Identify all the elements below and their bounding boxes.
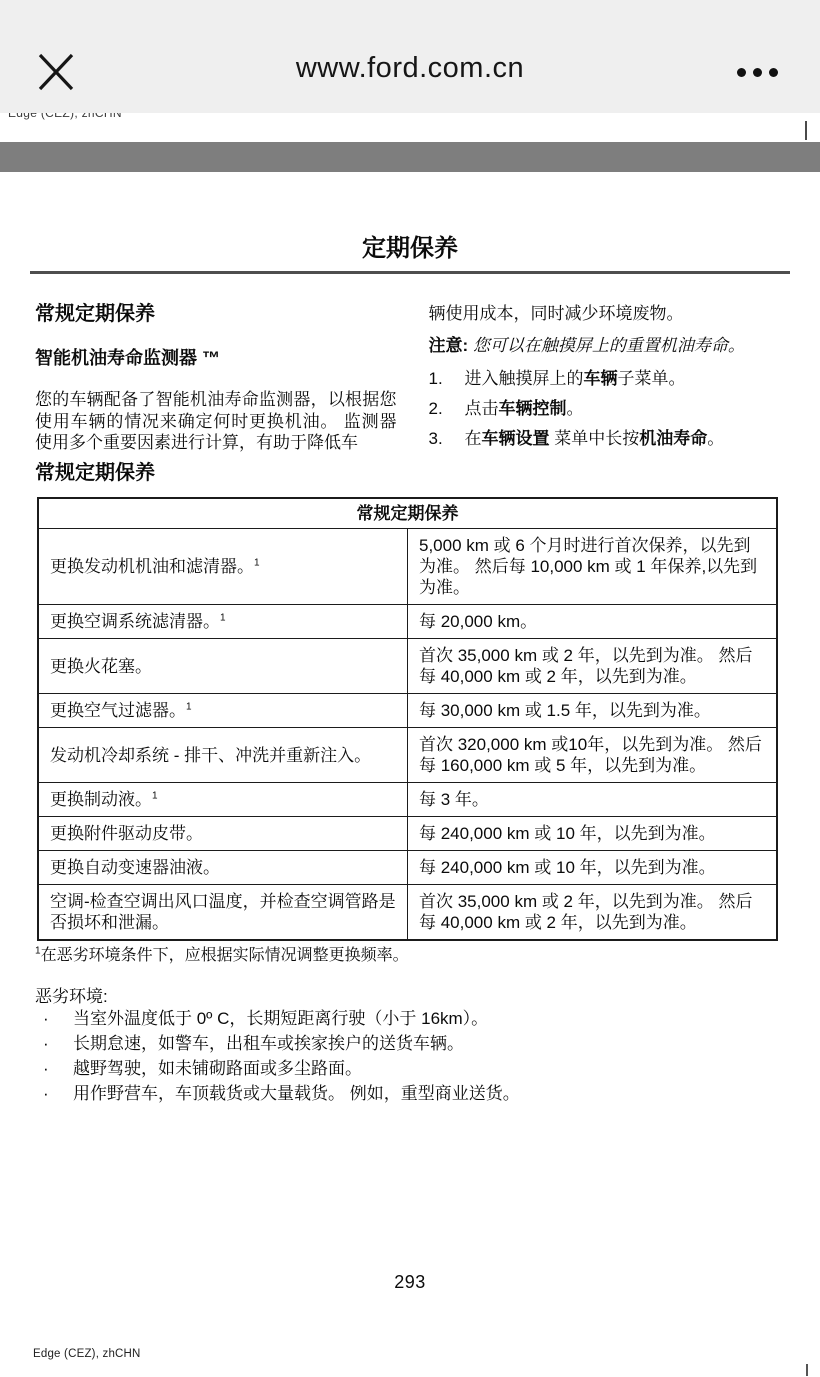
bullet-text: 用作野营车，车顶载货或大量载货。 例如，重型商业送货。: [73, 1083, 520, 1104]
step-number: 1.: [429, 368, 465, 389]
table-row: 更换自动变速器油液。 每 240,000 km 或 10 年，以先到为准。: [38, 851, 777, 885]
table-header: 常规定期保养: [38, 498, 777, 529]
harsh-conditions-heading: 恶劣环境:: [35, 982, 108, 1007]
maintenance-item-cell: 发动机冷却系统 - 排干、冲洗并重新注入。: [38, 728, 408, 783]
interval-cell: 首次 35,000 km 或 2 年，以先到为准。 然后每 40,000 km …: [408, 639, 778, 694]
interval-cell: 每 20,000 km。: [408, 605, 778, 639]
intro-paragraph-continuation: 辆使用成本，同时减少环境废物。: [429, 303, 791, 325]
list-item: · 用作野营车，车顶载货或大量载货。 例如，重型商业送货。: [35, 1083, 790, 1104]
bullet-icon: ·: [35, 1033, 73, 1054]
list-item: 2. 点击车辆控制。: [429, 398, 791, 419]
interval-cell: 每 240,000 km 或 10 年，以先到为准。: [408, 851, 778, 885]
document-footer: Edge (CEZ), zhCHN: [33, 1348, 141, 1360]
maintenance-schedule-table: 常规定期保养 更换发动机机油和滤清器。1 5,000 km 或 6 个月时进行首…: [37, 497, 778, 941]
harsh-conditions-list: · 当室外温度低于 0º C，长期短距离行驶（小于 16km）。 · 长期怠速，…: [35, 1008, 790, 1108]
interval-cell: 每 3 年。: [408, 783, 778, 817]
table-row: 更换火花塞。 首次 35,000 km 或 2 年，以先到为准。 然后每 40,…: [38, 639, 777, 694]
list-item: · 长期怠速，如警车，出租车或挨家挨户的送货车辆。: [35, 1033, 790, 1054]
note-text: 您可以在触摸屏上的重置机油寿命。: [473, 336, 745, 355]
more-menu-icon[interactable]: [737, 68, 778, 77]
bullet-text: 越野驾驶，如未铺砌路面或多尘路面。: [73, 1058, 362, 1079]
url-bar[interactable]: www.ford.com.cn: [0, 52, 820, 85]
menu-dot: [769, 68, 778, 77]
table-row: 更换发动机机油和滤清器。1 5,000 km 或 6 个月时进行首次保养，以先到…: [38, 529, 777, 605]
bullet-icon: ·: [35, 1058, 73, 1079]
bullet-icon: ·: [35, 1008, 73, 1029]
step-text: 进入触摸屏上的车辆子菜单。: [465, 368, 686, 389]
scrollbar-thumb-top[interactable]: [805, 121, 807, 140]
browser-header: www.ford.com.cn: [0, 0, 820, 113]
maintenance-item-cell: 空调-检查空调出风口温度，并检查空调管路是否损坏和泄漏。: [38, 885, 408, 941]
maintenance-item-cell: 更换火花塞。: [38, 639, 408, 694]
title-divider: [30, 271, 790, 274]
table-row: 空调-检查空调出风口温度，并检查空调管路是否损坏和泄漏。 首次 35,000 k…: [38, 885, 777, 941]
maintenance-item-cell: 更换空气过滤器。1: [38, 694, 408, 728]
bullet-icon: ·: [35, 1083, 73, 1104]
step-text: 在车辆设置 菜单中长按机油寿命。: [465, 428, 725, 449]
list-item: 3. 在车辆设置 菜单中长按机油寿命。: [429, 428, 791, 449]
scrollbar-thumb-bottom[interactable]: [806, 1364, 808, 1376]
menu-dot: [753, 68, 762, 77]
bullet-text: 长期怠速，如警车，出租车或挨家挨户的送货车辆。: [73, 1033, 464, 1054]
table-row: 更换空气过滤器。1 每 30,000 km 或 1.5 年，以先到为准。: [38, 694, 777, 728]
maintenance-item-cell: 更换空调系统滤清器。1: [38, 605, 408, 639]
right-column: 辆使用成本，同时减少环境废物。 注意: 您可以在触摸屏上的重置机油寿命。 1. …: [429, 303, 791, 458]
note-line: 注意: 您可以在触摸屏上的重置机油寿命。: [429, 335, 791, 356]
maintenance-item-cell: 更换自动变速器油液。: [38, 851, 408, 885]
table-row: 更换制动液。1 每 3 年。: [38, 783, 777, 817]
table-row: 更换空调系统滤清器。1 每 20,000 km。: [38, 605, 777, 639]
table-row: 发动机冷却系统 - 排干、冲洗并重新注入。 首次 320,000 km 或10年…: [38, 728, 777, 783]
maintenance-item-cell: 更换制动液。1: [38, 783, 408, 817]
table-row: 更换附件驱动皮带。 每 240,000 km 或 10 年，以先到为准。: [38, 817, 777, 851]
step-text: 点击车辆控制。: [465, 398, 584, 419]
list-item: 1. 进入触摸屏上的车辆子菜单。: [429, 368, 791, 389]
table-header-row: 常规定期保养: [38, 498, 777, 529]
note-label: 注意:: [429, 336, 469, 355]
two-column-section: 常规定期保养 智能机油寿命监测器 ™ 您的车辆配备了智能机油寿命监测器，以根据您…: [35, 303, 790, 458]
table-footnote: 1在恶劣环境条件下，应根据实际情况调整更换频率。: [35, 946, 785, 966]
list-item: · 当室外温度低于 0º C，长期短距离行驶（小于 16km）。: [35, 1008, 790, 1029]
interval-cell: 每 240,000 km 或 10 年，以先到为准。: [408, 817, 778, 851]
maintenance-item-cell: 更换发动机机油和滤清器。1: [38, 529, 408, 605]
menu-dot: [737, 68, 746, 77]
left-column: 常规定期保养 智能机油寿命监测器 ™ 您的车辆配备了智能机油寿命监测器，以根据您…: [35, 303, 397, 458]
step-number: 2.: [429, 398, 465, 419]
interval-cell: 5,000 km 或 6 个月时进行首次保养，以先到为准。 然后每 10,000…: [408, 529, 778, 605]
interval-cell: 首次 320,000 km 或10年，以先到为准。 然后每 160,000 km…: [408, 728, 778, 783]
maintenance-item-cell: 更换附件驱动皮带。: [38, 817, 408, 851]
intro-paragraph: 您的车辆配备了智能机油寿命监测器，以根据您使用车辆的情况来确定何时更换机油。 监…: [35, 389, 397, 454]
left-column-heading: 常规定期保养: [35, 303, 397, 325]
page-separator-bar: [0, 142, 820, 172]
step-number: 3.: [429, 428, 465, 449]
reset-steps-list: 1. 进入触摸屏上的车辆子菜单。 2. 点击车辆控制。 3. 在车辆设置 菜单中…: [429, 368, 791, 449]
list-item: · 越野驾驶，如未铺砌路面或多尘路面。: [35, 1058, 790, 1079]
table-section-heading: 常规定期保养: [35, 456, 155, 485]
page-number: 293: [0, 1272, 820, 1293]
oil-life-monitor-subheading: 智能机油寿命监测器 ™: [35, 347, 397, 369]
interval-cell: 首次 35,000 km 或 2 年，以先到为准。 然后每 40,000 km …: [408, 885, 778, 941]
interval-cell: 每 30,000 km 或 1.5 年，以先到为准。: [408, 694, 778, 728]
page-title: 定期保养: [0, 228, 820, 263]
bullet-text: 当室外温度低于 0º C，长期短距离行驶（小于 16km）。: [73, 1008, 488, 1029]
